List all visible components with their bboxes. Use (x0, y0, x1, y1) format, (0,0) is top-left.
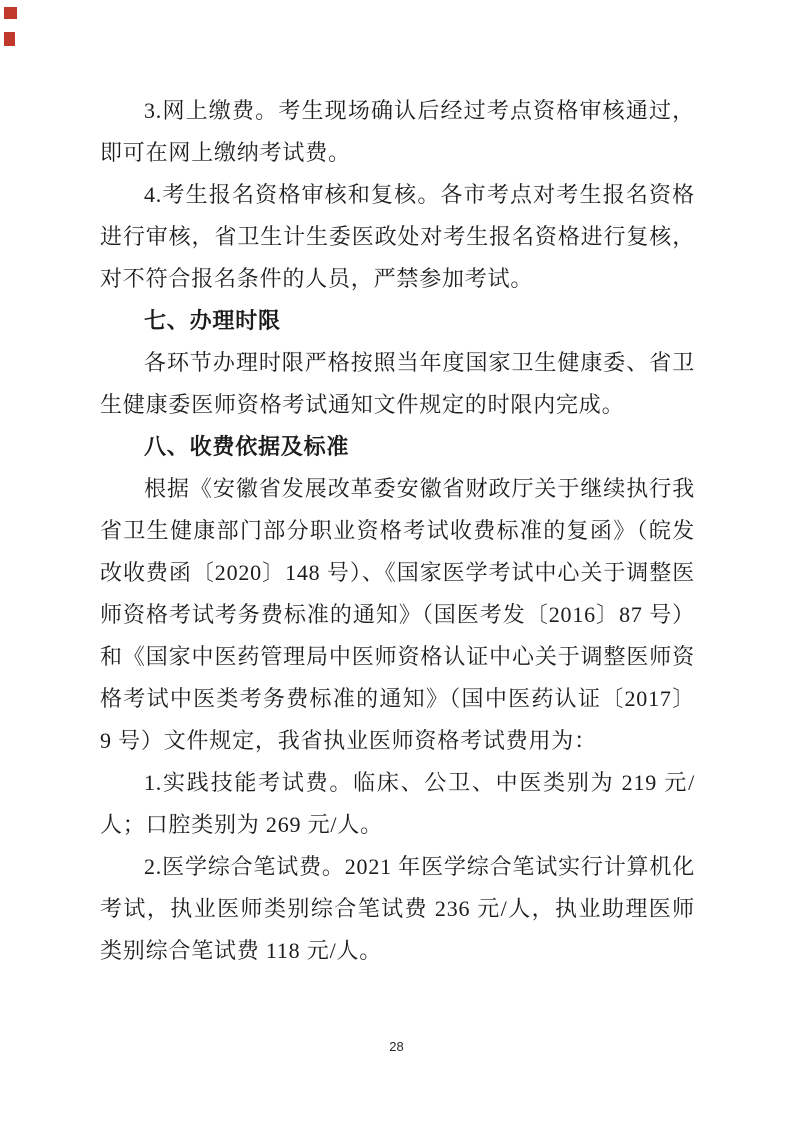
red-artifact-mark-top (4, 7, 17, 19)
document-body: 3.网上缴费。考生现场确认后经过考点资格审核通过，即可在网上缴纳考试费。 4.考… (100, 90, 695, 972)
page-number: 28 (389, 1039, 403, 1054)
paragraph-practical-skills-fee: 1.实践技能考试费。临床、公卫、中医类别为 219 元/人；口腔类别为 269 … (100, 762, 695, 846)
paragraph-online-payment: 3.网上缴费。考生现场确认后经过考点资格审核通过，即可在网上缴纳考试费。 (100, 90, 695, 174)
document-page: 3.网上缴费。考生现场确认后经过考点资格审核通过，即可在网上缴纳考试费。 4.考… (0, 0, 793, 1122)
paragraph-processing-time: 各环节办理时限严格按照当年度国家卫生健康委、省卫生健康委医师资格考试通知文件规定… (100, 342, 695, 426)
section-heading-eight-fee-basis: 八、收费依据及标准 (100, 426, 695, 468)
page-footer: 28 (0, 1038, 793, 1056)
paragraph-written-exam-fee: 2.医学综合笔试费。2021 年医学综合笔试实行计算机化考试，执业医师类别综合笔… (100, 846, 695, 972)
section-heading-seven-processing-time: 七、办理时限 (100, 300, 695, 342)
paragraph-fee-basis: 根据《安徽省发展改革委安徽省财政厅关于继续执行我省卫生健康部门部分职业资格考试收… (100, 468, 695, 762)
red-artifact-mark-bottom (4, 32, 15, 46)
paragraph-qualification-review: 4.考生报名资格审核和复核。各市考点对考生报名资格进行审核，省卫生计生委医政处对… (100, 174, 695, 300)
